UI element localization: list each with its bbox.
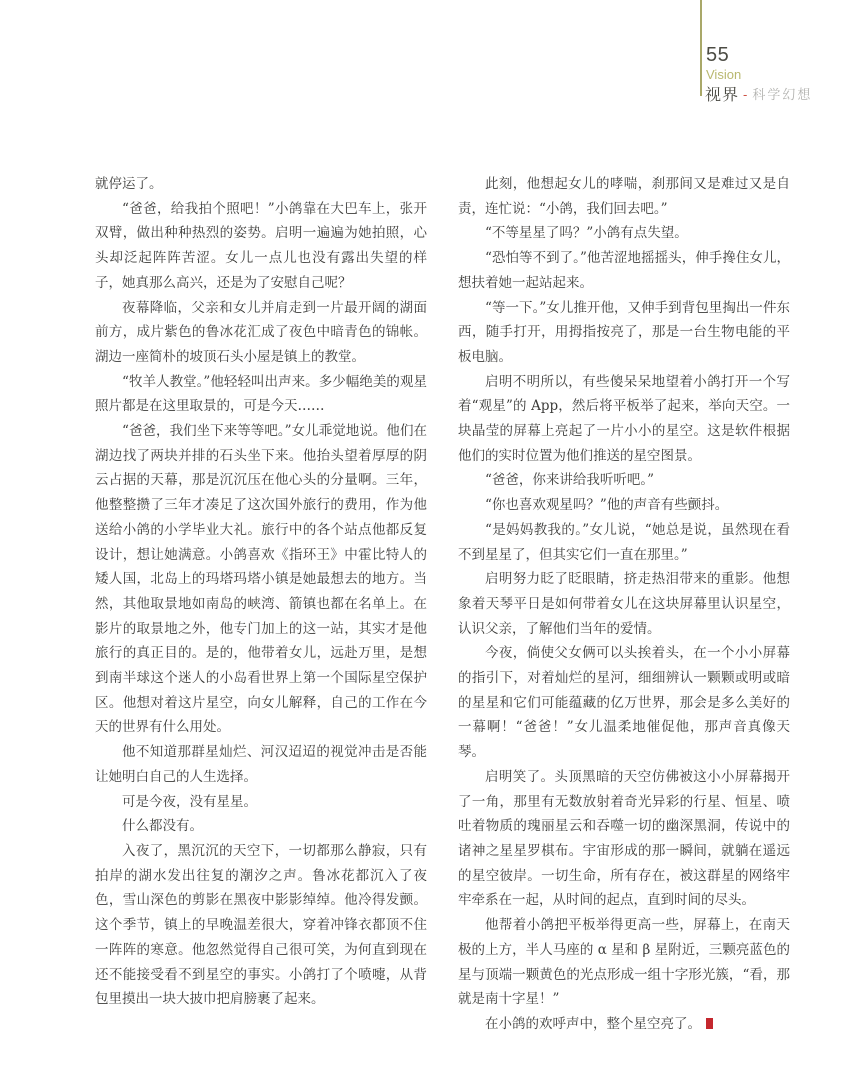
paragraph: 今夜，倘使父女俩可以头挨着头，在一个小小屏幕的指引下，对着灿烂的星河，细细辨认一…: [458, 641, 790, 765]
paragraph: 启明笑了。头顶黑暗的天空仿佛被这小小屏幕揭开了一角，那里有无数放射着奇光异彩的行…: [458, 765, 790, 913]
paragraph: “爸爸，你来讲给我听听吧。”: [458, 468, 790, 493]
paragraph: 此刻，他想起女儿的哮喘，刹那间又是难过又是自责，连忙说：“小鸽，我们回去吧。”: [458, 172, 790, 221]
paragraph: “等一下。”女儿推开他，又伸手到背包里掏出一件东西，随手打开，用拇指按亮了，那是…: [458, 296, 790, 370]
right-column: 此刻，他想起女儿的哮喘，刹那间又是难过又是自责，连忙说：“小鸽，我们回去吧。” …: [458, 172, 790, 1037]
section-name-english: Vision: [706, 67, 741, 82]
paragraph: “你也喜欢观星吗？”他的声音有些颤抖。: [458, 493, 790, 518]
paragraph: 启明努力眨了眨眼睛，挤走热泪带来的重影。他想象着天琴平日是如何带着女儿在这块屏幕…: [458, 567, 790, 641]
paragraph-text: 在小鸽的欢呼声中，整个星空亮了。: [485, 1016, 701, 1032]
paragraph: 夜幕降临，父亲和女儿并肩走到一片最开阔的湖面前方，成片紫色的鲁冰花汇成了夜色中暗…: [95, 296, 427, 370]
header-vertical-rule: [700, 0, 702, 96]
article-end-icon: [706, 1018, 713, 1029]
paragraph: “恐怕等不到了。”他苦涩地摇摇头，伸手搀住女儿，想扶着她一起站起来。: [458, 246, 790, 295]
paragraph: 入夜了，黑沉沉的天空下，一切都那么静寂，只有拍岸的湖水发出往复的潮汐之声。鲁冰花…: [95, 839, 427, 1012]
paragraph: 他不知道那群星灿烂、河汉迢迢的视觉冲击是否能让她明白自己的人生选择。: [95, 740, 427, 789]
section-title: 视界-科学幻想: [705, 82, 812, 105]
left-column: 就停运了。 “爸爸，给我拍个照吧！”小鸽靠在大巴车上，张开双臂，做出种种热烈的姿…: [95, 172, 427, 1012]
paragraph: “不等星星了吗？”小鸽有点失望。: [458, 221, 790, 246]
section-name-chinese: 视界: [705, 87, 739, 104]
paragraph: “爸爸，我们坐下来等等吧。”女儿乖觉地说。他们在湖边找了两块并排的石头坐下来。他…: [95, 419, 427, 740]
paragraph: “牧羊人教堂。”他轻轻叫出声来。多少幅绝美的观星照片都是在这里取景的，可是今天……: [95, 370, 427, 419]
paragraph: 就停运了。: [95, 172, 427, 197]
paragraph: “是妈妈教我的。”女儿说，“她总是说，虽然现在看不到星星了，但其实它们一直在那里…: [458, 518, 790, 567]
paragraph-text: 他帮着小鸽把平板举得更高一些，屏幕上，在南天极的上方，半人马座的 α 星和 β …: [458, 917, 790, 1007]
section-divider: -: [743, 87, 748, 102]
paragraph: 什么都没有。: [95, 814, 427, 839]
section-subtitle: 科学幻想: [752, 87, 812, 102]
paragraph: 可是今夜，没有星星。: [95, 790, 427, 815]
magazine-page: 55 Vision 视界-科学幻想 就停运了。 “爸爸，给我拍个照吧！”小鸽靠在…: [0, 0, 850, 1092]
paragraph: 在小鸽的欢呼声中，整个星空亮了。: [458, 1012, 790, 1037]
paragraph: 他帮着小鸽把平板举得更高一些，屏幕上，在南天极的上方，半人马座的 α 星和 β …: [458, 913, 790, 1012]
page-number: 55: [706, 44, 729, 67]
paragraph: “爸爸，给我拍个照吧！”小鸽靠在大巴车上，张开双臂，做出种种热烈的姿势。启明一遍…: [95, 197, 427, 296]
paragraph: 启明不明所以，有些傻呆呆地望着小鸽打开一个写着“观星”的 App，然后将平板举了…: [458, 370, 790, 469]
